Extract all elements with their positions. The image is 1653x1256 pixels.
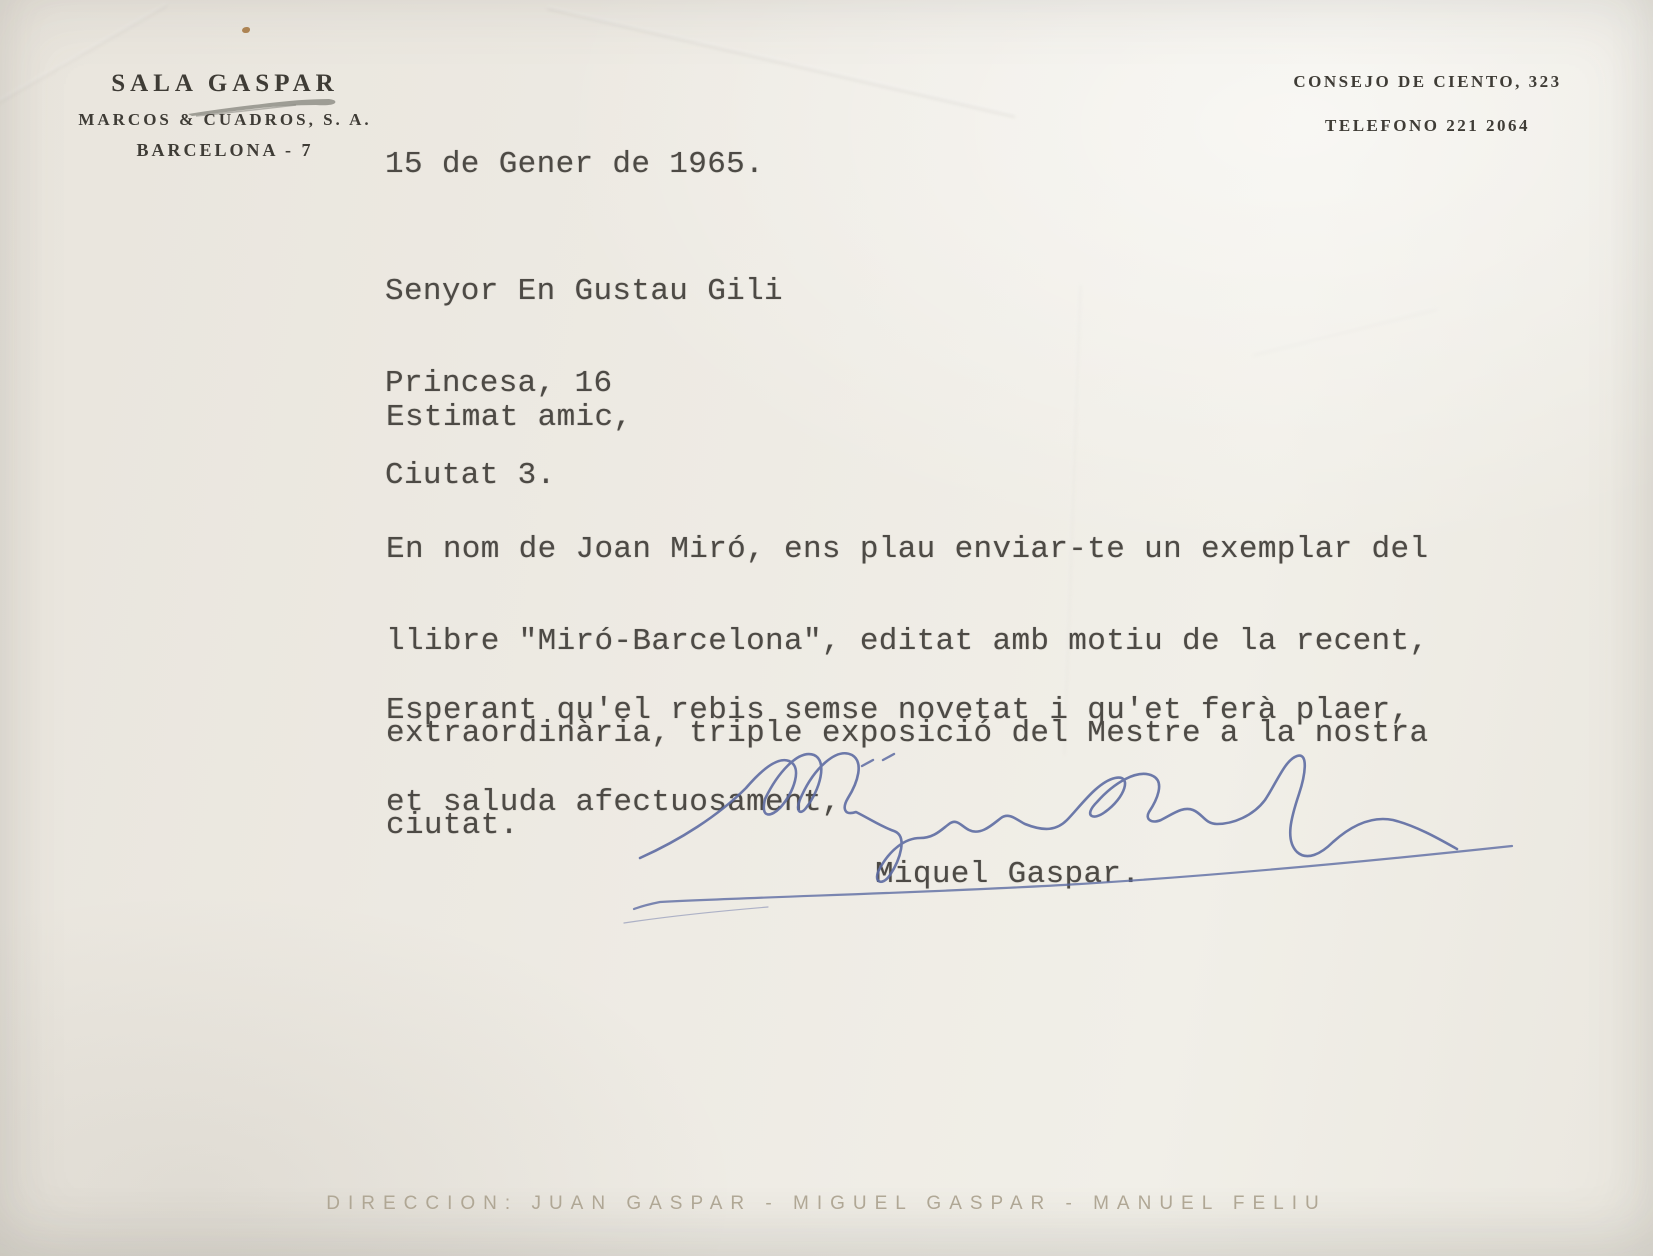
handwritten-signature	[600, 718, 1540, 963]
company-subtitle: MARCOS & CUADROS, S. A.	[60, 110, 390, 130]
recipient-street: Princesa, 16	[385, 369, 783, 400]
letter-page: SALA GASPAR MARCOS & CUADROS, S. A. BARC…	[0, 0, 1653, 1256]
letterhead-street-address: CONSEJO DE CIENTO, 323	[1285, 72, 1570, 92]
paper-crease	[547, 6, 1016, 118]
letterhead-phone: TELEFONO 221 2064	[1285, 116, 1570, 136]
body-line: En nom de Joan Miró, ens plau enviar-te …	[386, 535, 1428, 566]
company-city: BARCELONA - 7	[85, 140, 365, 161]
paper-fleck	[242, 27, 250, 33]
paper-crease	[1252, 307, 1437, 356]
footer-direccion: DIRECCION: JUAN GASPAR - MIGUEL GASPAR -…	[0, 1193, 1653, 1215]
letter-date: 15 de Gener de 1965.	[385, 150, 764, 181]
salutation: Estimat amic,	[386, 403, 632, 434]
recipient-name: Senyor En Gustau Gili	[385, 277, 783, 308]
